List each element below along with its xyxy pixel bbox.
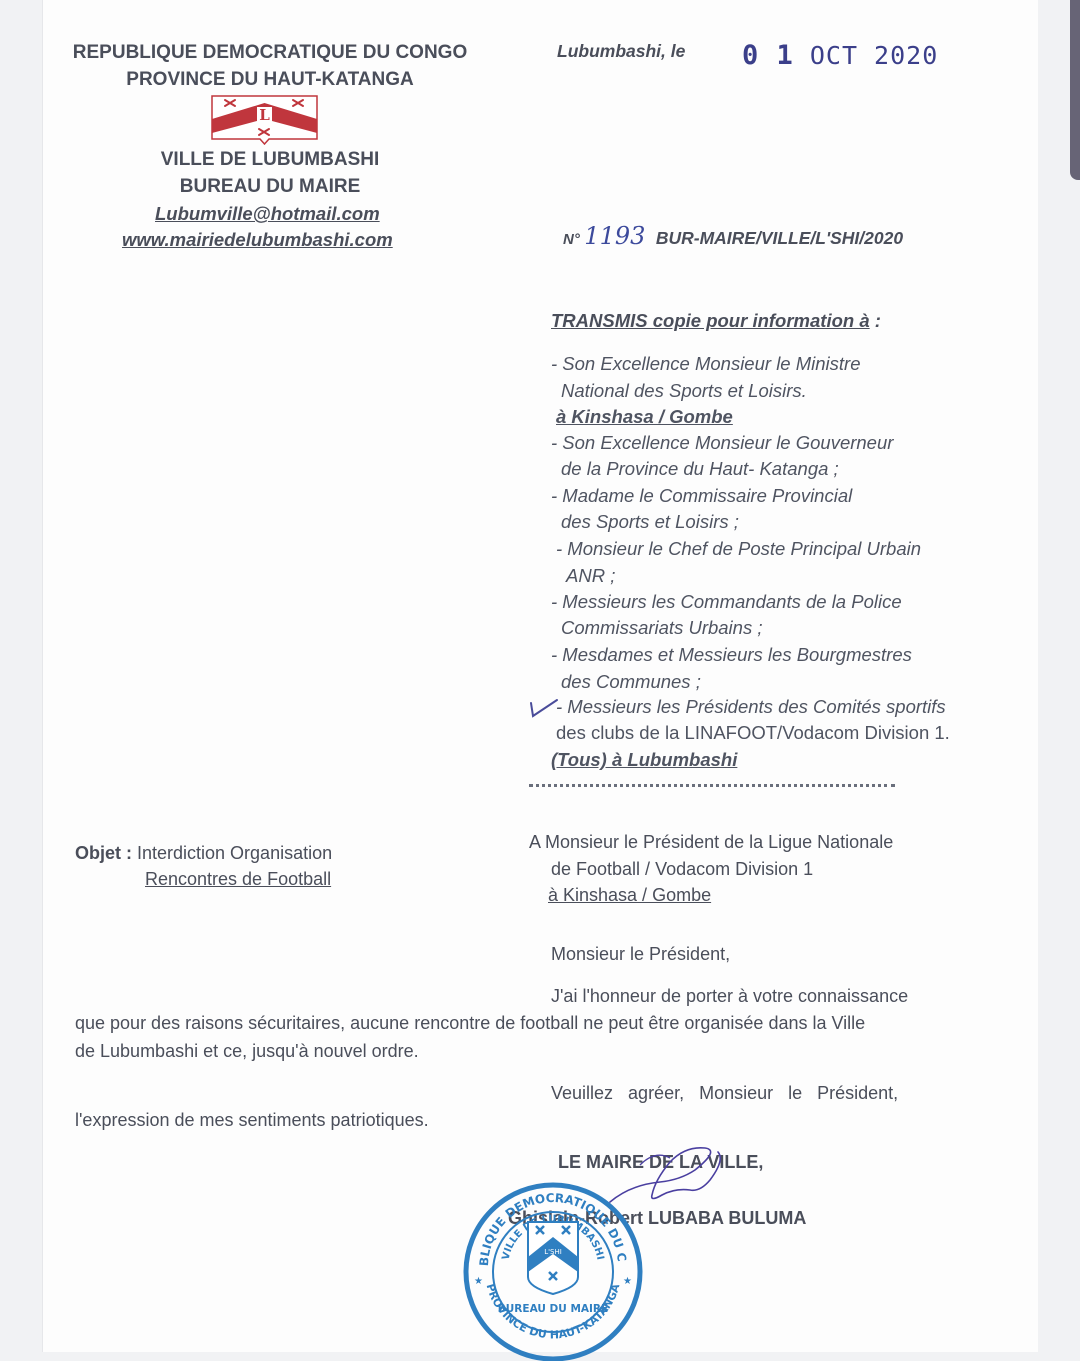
copy-recipient-line: - Son Excellence Monsieur le Ministre	[551, 353, 861, 375]
copy-recipient-line: - Son Excellence Monsieur le Gouverneur	[551, 432, 893, 454]
svg-text:BUREAU DU MAIRE: BUREAU DU MAIRE	[498, 1303, 608, 1315]
reference-handwritten-number: 1193	[584, 222, 645, 250]
recipient-location: à Kinshasa / Gombe	[548, 885, 711, 906]
copy-recipient-line: ANR ;	[566, 565, 615, 587]
copy-recipient-line: - Madame le Commissaire Provincial	[551, 485, 852, 507]
letterhead-province: PROVINCE DU HAUT-KATANGA	[60, 69, 480, 91]
recipient-line-2: de Football / Vodacom Division 1	[551, 859, 813, 880]
copies-heading: TRANSMIS copie pour information à :	[551, 310, 881, 332]
copy-recipient-location: à Kinshasa / Gombe	[556, 406, 733, 428]
svg-text:★: ★	[474, 1276, 483, 1287]
subject-line-1: Interdiction Organisation	[132, 843, 332, 863]
copy-recipient-line: - Mesdames et Messieurs les Bourgmestres	[551, 644, 912, 666]
letterhead-country: REPUBLIQUE DEMOCRATIQUE DU CONGO	[60, 42, 480, 64]
subject-line-2: Rencontres de Football	[145, 869, 331, 890]
city-crest-icon: L	[211, 95, 318, 145]
copy-recipient-line: National des Sports et Loisirs.	[561, 380, 807, 402]
dateline-place: Lubumbashi, le	[557, 41, 685, 62]
copy-recipient-line: Commissariats Urbains ;	[561, 617, 763, 639]
letterhead-office: BUREAU DU MAIRE	[60, 176, 480, 198]
subject: Objet : Interdiction Organisation	[75, 843, 332, 864]
paragraph-1-line-2: que pour des raisons sécuritaires, aucun…	[75, 1013, 865, 1034]
letterhead-city: VILLE DE LUBUMBASHI	[60, 149, 480, 171]
paragraph-1-line-3: de Lubumbashi et ce, jusqu'à nouvel ordr…	[75, 1041, 419, 1062]
closing-first-line: Veuillez agréer, Monsieur le Président,	[551, 1083, 950, 1104]
scrollbar-thumb[interactable]	[1070, 0, 1080, 180]
date-stamp: 0 1 OCT 2020	[742, 40, 938, 71]
svg-text:L: L	[259, 106, 270, 124]
svg-text:L'SHI: L'SHI	[544, 1248, 562, 1256]
svg-text:★: ★	[623, 1276, 632, 1287]
copy-recipient-line: de la Province du Haut- Katanga ;	[561, 458, 839, 480]
copy-recipient-line: - Monsieur le Chef de Poste Principal Ur…	[556, 538, 921, 560]
recipient-line-1: A Monsieur le Président de la Ligue Nati…	[529, 832, 893, 853]
copy-recipient-line: des clubs de la LINAFOOT/Vodacom Divisio…	[556, 722, 950, 744]
subject-label: Objet :	[75, 843, 132, 863]
website-link[interactable]: www.mairiedelubumbashi.com	[122, 229, 393, 251]
date-stamp-day: 0 1	[742, 40, 794, 71]
date-stamp-month-year: OCT 2020	[810, 41, 938, 70]
reference-number: N° 1193 BUR-MAIRE/VILLE/L'SHI/2020	[563, 222, 903, 250]
email-link[interactable]: Lubumville@hotmail.com	[155, 203, 380, 225]
copy-recipient-line: - Messieurs les Présidents des Comités s…	[556, 696, 946, 718]
handwritten-signature-icon	[600, 1140, 730, 1220]
paragraph-1-first-line: J'ai l'honneur de porter à votre connais…	[551, 986, 951, 1007]
closing-line-2: l'expression de mes sentiments patriotiq…	[75, 1110, 429, 1131]
copy-recipient-line: des Sports et Loisirs ;	[561, 511, 739, 533]
copy-recipient-location: (Tous) à Lubumbashi	[551, 749, 737, 771]
copy-recipient-line: des Communes ;	[561, 671, 701, 693]
document-viewer: REPUBLIQUE DEMOCRATIQUE DU CONGO PROVINC…	[0, 0, 1080, 1361]
salutation: Monsieur le Président,	[551, 944, 730, 965]
reference-code: BUR-MAIRE/VILLE/L'SHI/2020	[656, 228, 903, 248]
reference-prefix: N°	[563, 231, 580, 248]
copy-recipient-line: - Messieurs les Commandants de la Police	[551, 591, 902, 613]
dotted-separator	[529, 784, 895, 787]
